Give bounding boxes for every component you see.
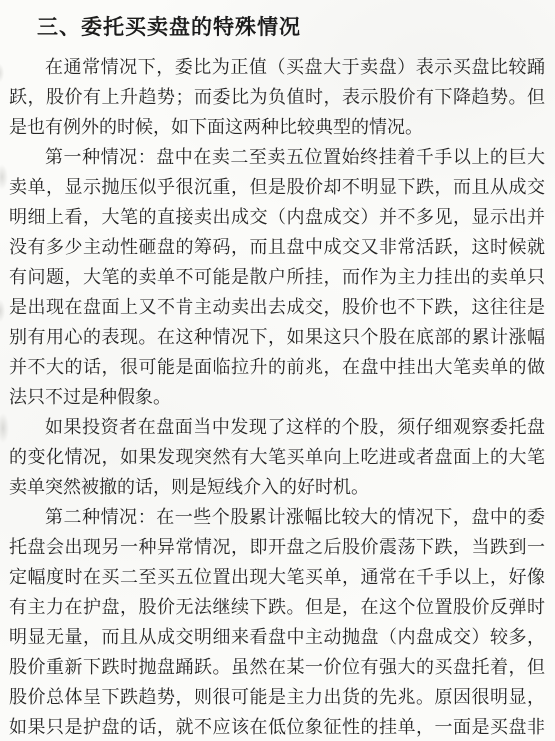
paragraph-second-case: 第二种情况：在一些个股累计涨幅比较大的情况下，盘中的委托盘会出现另一种异常情况，… <box>9 503 545 741</box>
paragraph-intro: 在通常情况下，委比为正值（买盘大于卖盘）表示买盘比较踊跃，股价有上升趋势；而委比… <box>9 53 545 143</box>
scan-smudge <box>0 60 6 86</box>
scan-smudge <box>0 296 7 326</box>
book-page: 三、委托买卖盘的特殊情况 在通常情况下，委比为正值（买盘大于卖盘）表示买盘比较踊… <box>0 0 555 741</box>
paragraph-first-case: 第一种情况：盘中在卖二至卖五位置始终挂着千手以上的巨大卖单，显示抛压似乎很沉重，… <box>9 143 545 413</box>
section-title: 三、委托买卖盘的特殊情况 <box>9 13 545 40</box>
paragraph-advice: 如果投资者在盘面当中发现了这样的个股，须仔细观察委托盘的变化情况，如果发现突然有… <box>9 413 545 503</box>
